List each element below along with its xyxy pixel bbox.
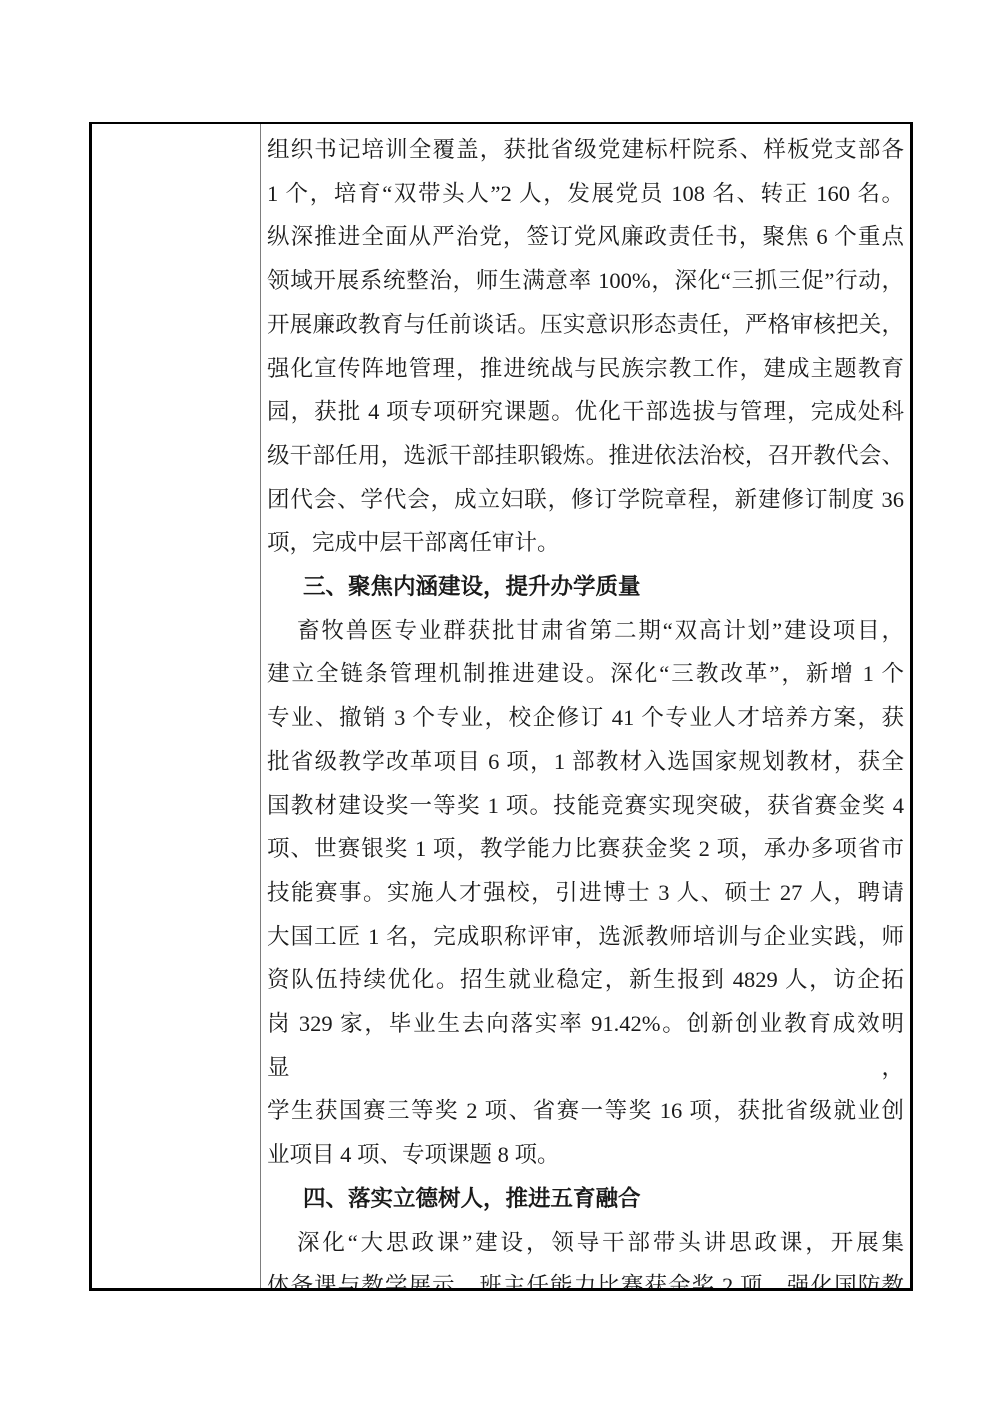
text-line: 四、落实立德树人，推进五育融合 — [267, 1177, 904, 1221]
text-line: 大国工匠 1 名，完成职称评审，选派教师培训与企业实践，师 — [267, 915, 904, 959]
text-line: 强化宣传阵地管理，推进统战与民族宗教工作，建成主题教育 — [267, 347, 904, 391]
table-right-cell: 组织书记培训全覆盖，获批省级党建标杆院系、样板党支部各1 个，培育“双带头人”2… — [261, 124, 910, 1288]
text-line: 纵深推进全面从严治党，签订党风廉政责任书，聚焦 6 个重点 — [267, 215, 904, 259]
text-line: 三、聚焦内涵建设，提升办学质量 — [267, 565, 904, 609]
paragraph: 深化“大思政课”建设，领导干部带头讲思政课，开展集体备课与教学展示，班主任能力比… — [267, 1221, 904, 1288]
text-line: 岗 329 家，毕业生去向落实率 91.42%。创新创业教育成效明显， — [267, 1002, 904, 1089]
text-line: 深化“大思政课”建设，领导干部带头讲思政课，开展集 — [267, 1221, 904, 1265]
text-line: 1 个，培育“双带头人”2 人，发展党员 108 名、转正 160 名。 — [267, 172, 904, 216]
text-line: 项，完成中层干部离任审计。 — [267, 521, 904, 565]
text-line: 建立全链条管理机制推进建设。深化“三教改革”，新增 1 个 — [267, 652, 904, 696]
text-line: 业项目 4 项、专项课题 8 项。 — [267, 1133, 904, 1177]
report-table: 组织书记培训全覆盖，获批省级党建标杆院系、样板党支部各1 个，培育“双带头人”2… — [89, 122, 913, 1291]
text-line: 级干部任用，选派干部挂职锻炼。推进依法治校，召开教代会、 — [267, 434, 904, 478]
text-line: 开展廉政教育与任前谈话。压实意识形态责任，严格审核把关， — [267, 303, 904, 347]
text-line: 园，获批 4 项专项研究课题。优化干部选拔与管理，完成处科 — [267, 390, 904, 434]
text-line: 项、世赛银奖 1 项，教学能力比赛获金奖 2 项，承办多项省市 — [267, 827, 904, 871]
text-line: 畜牧兽医专业群获批甘肃省第二期“双高计划”建设项目， — [267, 609, 904, 653]
text-line: 批省级教学改革项目 6 项，1 部教材入选国家规划教材，获全 — [267, 740, 904, 784]
section-heading: 四、落实立德树人，推进五育融合 — [267, 1177, 904, 1221]
text-line: 领域开展系统整治，师生满意率 100%，深化“三抓三促”行动， — [267, 259, 904, 303]
text-line: 学生获国赛三等奖 2 项、省赛一等奖 16 项，获批省级就业创 — [267, 1089, 904, 1133]
text-line: 体备课与教学展示，班主任能力比赛获金奖 2 项。强化国防教 — [267, 1264, 904, 1288]
text-line: 团代会、学代会，成立妇联，修订学院章程，新建修订制度 36 — [267, 478, 904, 522]
section-heading: 三、聚焦内涵建设，提升办学质量 — [267, 565, 904, 609]
document-page: 组织书记培训全覆盖，获批省级党建标杆院系、样板党支部各1 个，培育“双带头人”2… — [0, 0, 1000, 1415]
text-line: 组织书记培训全覆盖，获批省级党建标杆院系、样板党支部各 — [267, 128, 904, 172]
paragraph: 组织书记培训全覆盖，获批省级党建标杆院系、样板党支部各1 个，培育“双带头人”2… — [267, 128, 904, 565]
text-line: 资队伍持续优化。招生就业稳定，新生报到 4829 人，访企拓 — [267, 958, 904, 1002]
text-line: 技能赛事。实施人才强校，引进博士 3 人、硕士 27 人，聘请 — [267, 871, 904, 915]
paragraph: 畜牧兽医专业群获批甘肃省第二期“双高计划”建设项目，建立全链条管理机制推进建设。… — [267, 609, 904, 1177]
text-line: 专业、撤销 3 个专业，校企修订 41 个专业人才培养方案，获 — [267, 696, 904, 740]
table-left-cell — [92, 124, 261, 1288]
text-line: 国教材建设奖一等奖 1 项。技能竞赛实现突破，获省赛金奖 4 — [267, 784, 904, 828]
